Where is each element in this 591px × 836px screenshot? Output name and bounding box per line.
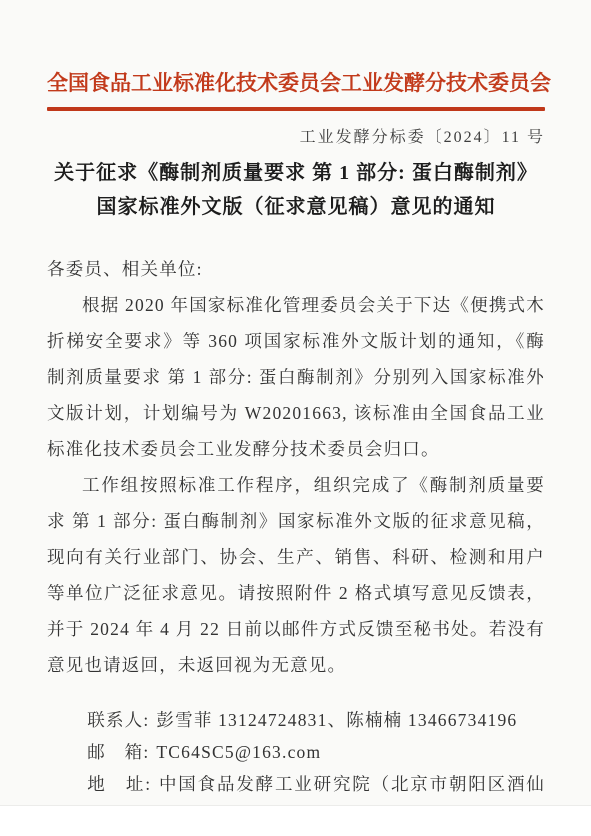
document-page: 全国食品工业标准化技术委员会工业发酵分技术委员会 工业发酵分标委〔2024〕11… [0,0,591,836]
contact-address-label: 地 址: [87,774,151,794]
body-paragraph-1: 根据 2020 年国家标准化管理委员会关于下达《便携式木折梯安全要求》等 360… [47,287,545,467]
notice-title-line1: 关于征求《酶制剂质量要求 第 1 部分: 蛋白酶制剂》 [47,156,545,190]
salutation: 各委员、相关单位: [47,251,545,287]
notice-title-line2: 国家标准外文版（征求意见稿）意见的通知 [47,190,545,224]
document-content: 全国食品工业标准化技术委员会工业发酵分技术委员会 工业发酵分标委〔2024〕11… [0,0,591,832]
contact-person-row: 联系人:彭雪菲 13124724831、陈楠楠 13466734196 [47,704,545,736]
body-paragraph-2: 工作组按照标准工作程序，组织完成了《酶制剂质量要求 第 1 部分: 蛋白酶制剂》… [47,467,545,683]
header-divider [47,107,545,111]
contact-person-label: 联系人: [87,710,149,730]
contact-email-label: 邮 箱: [87,742,149,762]
doc-number: 工业发酵分标委〔2024〕11 号 [47,124,545,147]
header-org-name: 全国食品工业标准化技术委员会工业发酵分技术委员会 [47,68,545,98]
scan-bottom-edge [0,805,591,836]
notice-title: 关于征求《酶制剂质量要求 第 1 部分: 蛋白酶制剂》 国家标准外文版（征求意见… [47,156,545,224]
notice-body: 各委员、相关单位: 根据 2020 年国家标准化管理委员会关于下达《便携式木折梯… [47,251,545,683]
contact-email-row: 邮 箱:TC64SC5@163.com [47,736,545,768]
contact-person-value: 彭雪菲 13124724831、陈楠楠 13466734196 [156,710,517,730]
contact-email-value: TC64SC5@163.com [156,742,321,762]
